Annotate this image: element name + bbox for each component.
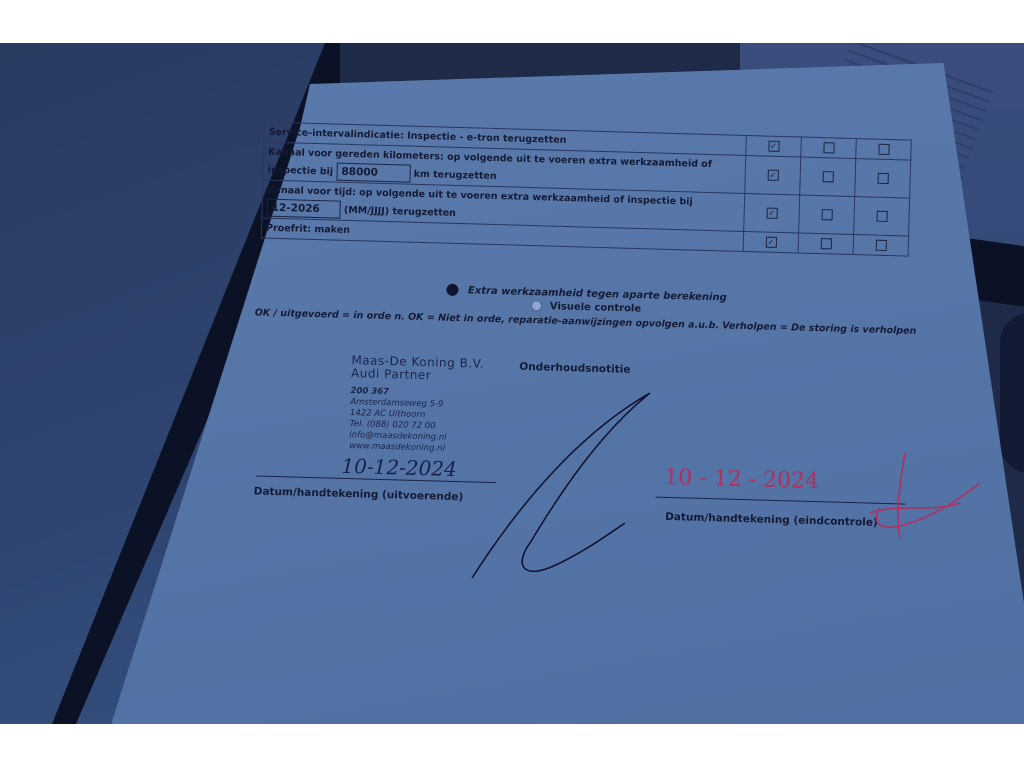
document-photo: Service-intervalindicatie: Inspectie - e… bbox=[0, 43, 1024, 724]
signatures-drawing bbox=[0, 43, 1024, 724]
signature-executor bbox=[472, 393, 650, 578]
signature-final bbox=[870, 453, 980, 538]
